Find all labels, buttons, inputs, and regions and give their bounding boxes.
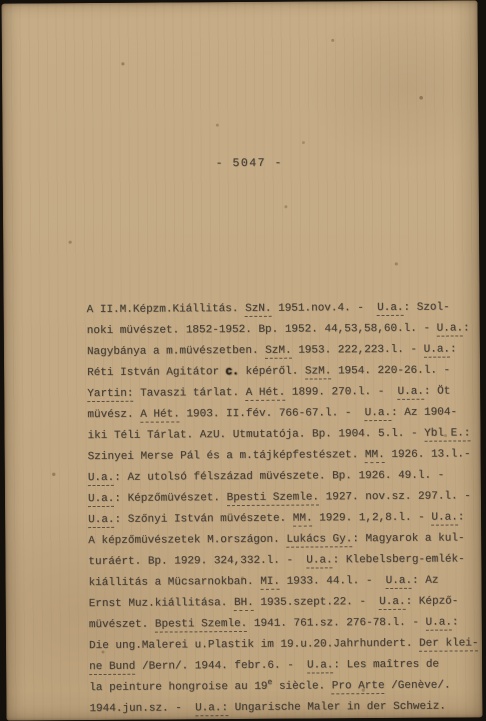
underlined-text: Lukács Gy. [286, 533, 352, 547]
text-segment: Nagybánya a m.müvészetben. [87, 345, 265, 358]
text-line: 1944.jun.sz. - U.a.: Ungarische Maler in… [89, 696, 485, 720]
underlined-text: Pro Arte [332, 680, 385, 694]
text-line: Ernst Muz.kiállitása. BH. 1935.szept.22.… [89, 591, 485, 615]
text-line: müvészet. Bpesti Szemle. 1941. 761.sz. 2… [89, 612, 485, 636]
text-line: iki Téli Tárlat. AzU. Utmutatója. Bp. 19… [87, 423, 483, 447]
text-line: Nagybánya a m.müvészetben. SzM. 1953. 22… [87, 339, 483, 363]
text-segment: iki Téli Tárlat. AzU. Utmutatója. Bp. 19… [87, 428, 424, 442]
text-segment: : Magyarok a kul- [352, 532, 464, 545]
underlined-text: U.a. [365, 407, 391, 421]
text-segment: : [458, 511, 465, 523]
underlined-text: Bpesti Szemle. [227, 491, 320, 505]
text-segment: A képzőmüvészetek M.országon. [88, 534, 286, 547]
underlined-text: MM. [293, 513, 313, 527]
text-line: Szinyei Merse Pál és a m.tájképfestészet… [88, 444, 484, 468]
text-segment: : Szőnyi István müvészete. [114, 513, 292, 526]
text-segment: : Klebelsberg-emlék- [333, 553, 465, 566]
underlined-text: Yartin: [87, 388, 133, 402]
underlined-text: Der klei- [419, 637, 479, 651]
text-segment: 1954. 220-26.l. - [331, 365, 450, 378]
text-segment: : Képzőmüvészet. [114, 492, 226, 505]
text-segment: müvészet. [89, 619, 155, 631]
text-segment: 1929. 1,2,8.l. - [313, 512, 432, 525]
paper-speckles [2, 4, 4, 6]
text-segment: képéről. [239, 366, 305, 378]
underlined-text: U.a. [386, 575, 412, 589]
text-line: kiállitás a Mücsarnokban. MI. 1933. 44.l… [88, 570, 484, 594]
text-segment: 1933. 44.l. - [280, 575, 386, 588]
underlined-text: Ybl E.: [424, 427, 470, 441]
underlined-text: U.a. [425, 617, 451, 631]
text-segment: /Bern/. 1944. febr.6. - [135, 660, 307, 673]
text-segment: 1941. 761.sz. 276-78.l. - [247, 617, 425, 630]
text-segment: 1903. II.fév. 766-67.l. - [180, 407, 365, 420]
underlined-text: MM. [365, 449, 385, 463]
text-line: U.a.: Szőnyi István müvészete. MM. 1929.… [88, 507, 484, 531]
underlined-text: BH. [234, 597, 254, 611]
underlined-text: A Hét. [246, 387, 286, 401]
underlined-text: U.a. [424, 344, 450, 358]
text-segment: : Les maîtres de [333, 659, 439, 672]
underlined-text: U.a. [307, 659, 333, 673]
text-line: U.a.: Képzőmüvészet. Bpesti Szemle. 1927… [88, 486, 484, 510]
underlined-text: U.a.: [195, 702, 228, 716]
text-segment: la peinture hongroise au 19 [89, 681, 267, 694]
text-segment: : Öt [424, 386, 450, 398]
text-segment: Réti István Agitátor [87, 366, 226, 379]
text-segment: c. [226, 366, 239, 378]
text-line: turáért. Bp. 1929. 324,332.l. - U.a.: Kl… [88, 549, 484, 573]
text-segment: : [452, 616, 459, 628]
underlined-text: SzN. [245, 303, 271, 317]
text-segment: : Az utolsó félszázad müvészete. Bp. 192… [114, 470, 444, 484]
underlined-text: MI. [260, 576, 280, 590]
text-line: müvész. A Hét. 1903. II.fév. 766-67.l. -… [87, 402, 483, 426]
underlined-text: U.a. [379, 596, 405, 610]
text-line: A II.M.Képzm.Kiállitás. SzN. 1951.nov.4.… [87, 297, 483, 321]
text-line: noki müvészet. 1852-1952. Bp. 1952. 44,5… [87, 318, 483, 342]
text-line: A képzőmüvészetek M.országon. Lukács Gy.… [88, 528, 484, 552]
text-segment: : Az [412, 575, 438, 587]
text-segment: turáért. Bp. 1929. 324,332.l. - [88, 555, 306, 569]
text-line: la peinture hongroise au 19e siècle. Pro… [89, 675, 485, 699]
text-segment: noki müvészet. 1852-1952. Bp. 1952. 44,5… [87, 323, 437, 337]
underlined-text: U.a. [437, 322, 463, 336]
text-segment: : [463, 322, 470, 334]
text-segment: 1927. nov.sz. 297.l. - [319, 490, 471, 503]
paper-sheet: - 5047 - A II.M.Képzm.Kiállitás. SzN. 19… [2, 0, 483, 720]
text-segment: : Képző- [406, 595, 459, 607]
underlined-text: ne Bund [89, 661, 135, 675]
underlined-text: U.a. [377, 302, 403, 316]
underlined-text: U.a. [397, 386, 423, 400]
text-segment: siècle. [272, 680, 332, 692]
text-line: Réti István Agitátor c. képéről. SzM. 19… [87, 360, 483, 384]
underlined-text: U.a. [88, 514, 114, 528]
text-segment: A II.M.Képzm.Kiállitás. [87, 303, 246, 316]
bibliography-text: A II.M.Képzm.Kiállitás. SzN. 1951.nov.4.… [87, 297, 486, 720]
text-segment: Tavaszi tárlat. [133, 387, 245, 400]
text-segment: kiállitás a Mücsarnokban. [89, 576, 261, 589]
underlined-text: U.a. [88, 493, 114, 507]
text-segment: müvész. [87, 409, 140, 421]
page-number: - 5047 - [216, 157, 283, 170]
scanned-page: - 5047 - A II.M.Képzm.Kiállitás. SzN. 19… [0, 0, 486, 720]
text-segment: Die ung.Malerei u.Plastik im 19.u.20.Jah… [89, 638, 419, 652]
underlined-text: U.a. [431, 511, 457, 525]
text-line: Yartin: Tavaszi tárlat. A Hét. 1899. 270… [87, 381, 483, 405]
text-segment: 1935.szept.22. - [254, 596, 380, 609]
text-line: ne Bund /Bern/. 1944. febr.6. - U.a.: Le… [89, 654, 485, 678]
text-segment: Szinyei Merse Pál és a m.tájképfestészet… [88, 449, 365, 463]
text-segment: Ernst Muz.kiállitása. [89, 597, 234, 610]
underlined-text: U.a. [88, 472, 114, 486]
text-segment: 1951.nov.4. - [271, 302, 377, 315]
text-line: U.a.: Az utolsó félszázad müvészete. Bp.… [88, 465, 484, 489]
text-segment: Ungarische Maler in der Schweiz. [228, 701, 446, 715]
text-segment: : [450, 344, 457, 356]
underlined-text: A Hét. [140, 408, 180, 422]
text-segment: : Az 1904- [391, 407, 457, 419]
text-segment: : Szol- [403, 302, 449, 314]
text-line: Die ung.Malerei u.Plastik im 19.u.20.Jah… [89, 633, 485, 657]
text-segment: 1926. 13.l.- [385, 448, 471, 461]
text-segment: /Genève/. [385, 680, 451, 692]
text-segment: 1899. 270.l. - [285, 386, 397, 399]
text-segment: 1953. 222,223.l. - [292, 344, 424, 357]
underlined-text: Bpesti Szemle. [155, 618, 248, 632]
underlined-text: SzM. [305, 365, 331, 379]
underlined-text: U.a. [306, 554, 332, 568]
text-segment: 1944.jun.sz. - [89, 702, 195, 715]
underlined-text: SzM. [265, 345, 291, 359]
